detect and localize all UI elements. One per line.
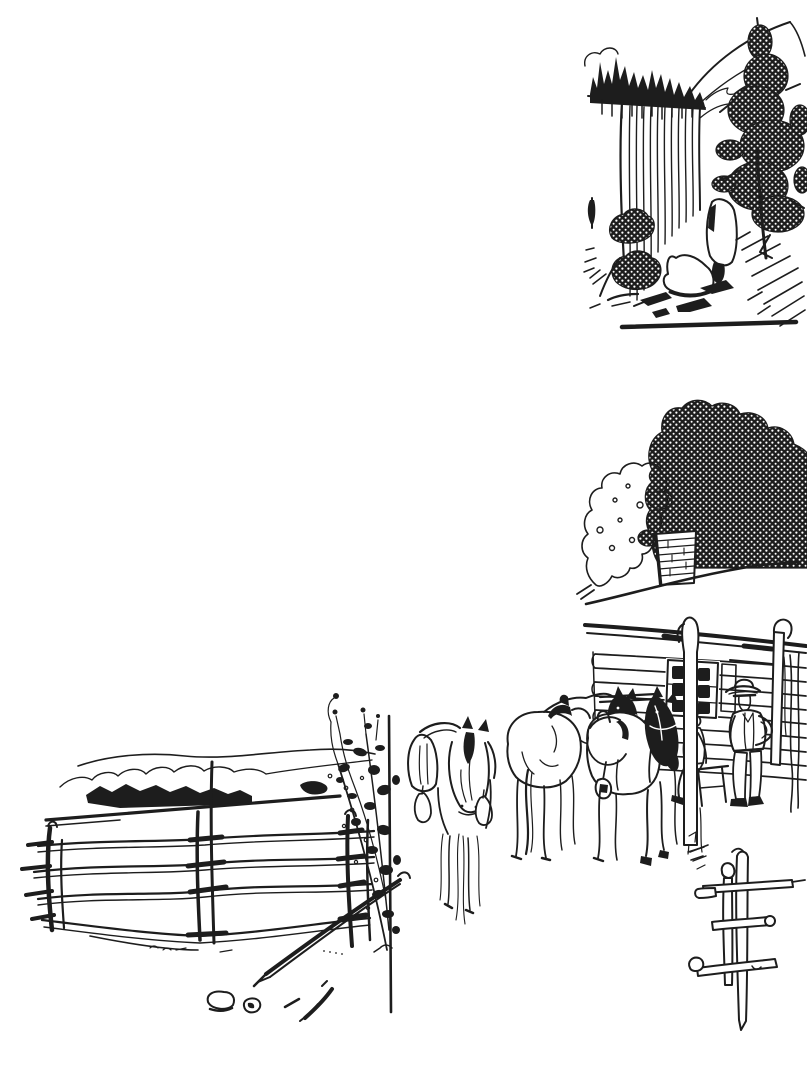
horses-scene: Three saddled pack horses hitched in fro…	[408, 686, 679, 924]
pack-horse	[408, 716, 495, 924]
fence-detail-scene: Close-up detail of lashed corral posts w…	[689, 832, 805, 1030]
cabin-roof-scene: Cabin rooftop with stone chimney, light …	[577, 400, 807, 604]
roof-check-mark	[577, 585, 594, 599]
illustration-canvas: Waterfall plunging over a cliff rim besi…	[0, 0, 807, 1066]
fence-detail-main-post	[736, 852, 748, 1030]
porch-post-right	[771, 620, 792, 765]
illustration-page: Pen-and-ink line illustration collage, b…	[0, 0, 807, 1066]
hanging-straps	[784, 652, 799, 812]
corral-scene: Pole corral fence with distant wooded hi…	[22, 693, 410, 1021]
pine-tree	[712, 18, 807, 258]
cliff-rim	[585, 48, 706, 119]
porch-post-front	[678, 618, 699, 846]
scree-slope	[736, 232, 805, 326]
corral-bush	[328, 693, 401, 1012]
cowboy-figure	[726, 680, 772, 807]
stones	[208, 981, 332, 1021]
stone-chimney	[655, 531, 696, 585]
waterfall-scene: Waterfall plunging over a cliff rim besi…	[584, 18, 807, 327]
ground-line	[622, 322, 796, 327]
